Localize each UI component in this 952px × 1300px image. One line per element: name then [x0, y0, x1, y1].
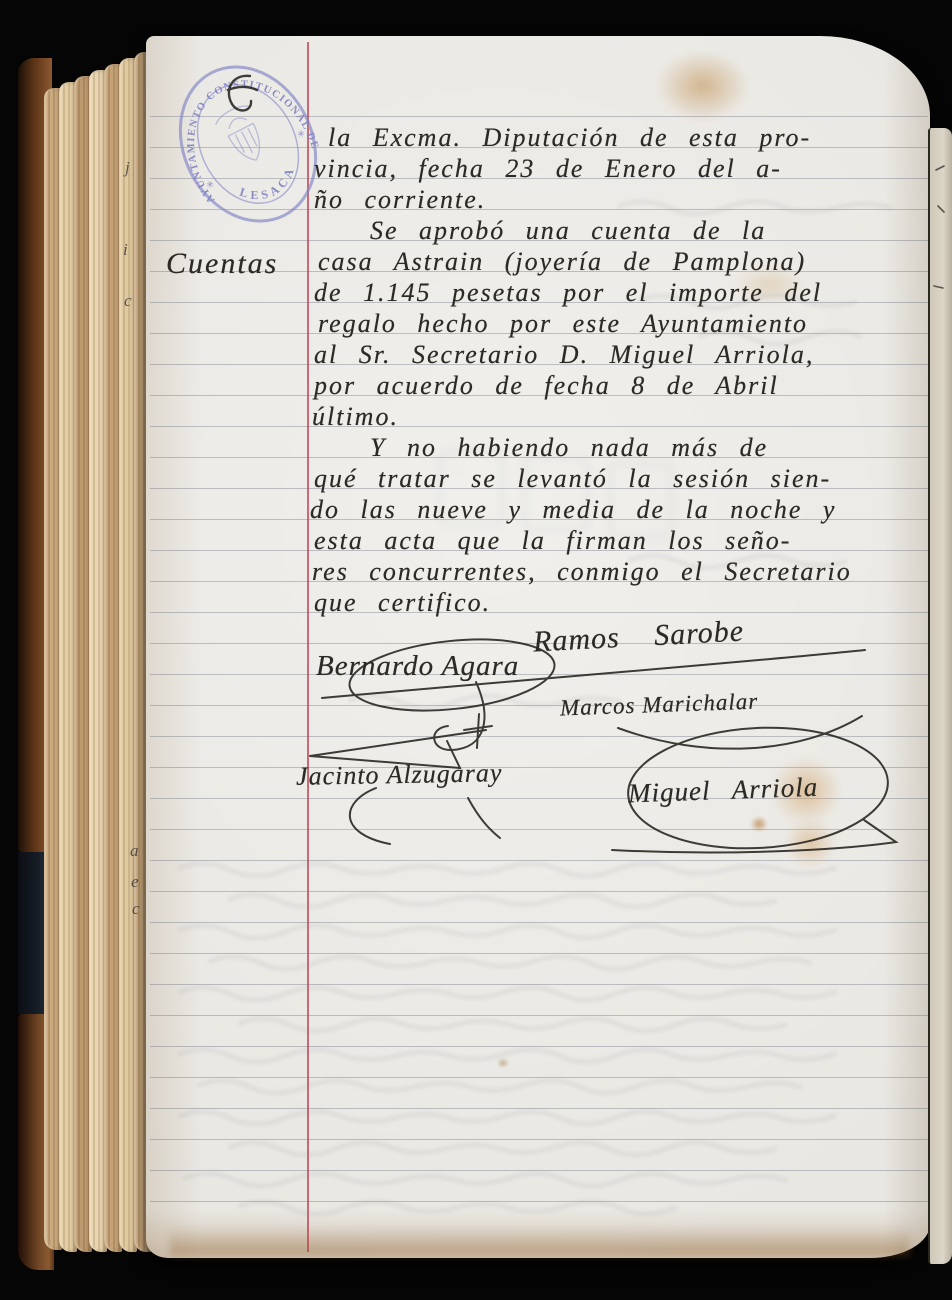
- margin-note-cuentas: Cuentas: [166, 247, 278, 281]
- manuscript-line: esta acta que la firman los seño-: [314, 526, 791, 556]
- manuscript-line: do las nueve y media de la noche y: [310, 495, 836, 525]
- manuscript-line: Se aprobó una cuenta de la: [370, 216, 766, 246]
- flourish-swoosh: [618, 716, 862, 749]
- manuscript-line: ño corriente.: [314, 185, 486, 215]
- flourish-oval: [346, 630, 558, 719]
- manuscript-line: casa Astrain (joyería de Pamplona): [318, 247, 806, 277]
- stamp-bottom-text: LESACA: [233, 159, 305, 214]
- manuscript-line: qué tratar se levantó la sesión sien-: [314, 464, 831, 494]
- manuscript-line: al Sr. Secretario D. Miguel Arriola,: [314, 340, 814, 370]
- manuscript-line: regalo hecho por este Ayuntamiento: [318, 309, 808, 339]
- manuscript-line: vincia, fecha 23 de Enero del a-: [314, 154, 782, 184]
- manuscript-line: res concurrentes, conmigo el Secretario: [312, 557, 852, 587]
- municipal-oval-stamp: AYUNTAMIENTO CONSTITUCIONAL DE LESACA ✳ …: [158, 46, 338, 236]
- manuscript-line: Y no habiendo nada más de: [370, 433, 768, 463]
- signature-flourishes: [280, 598, 950, 888]
- manuscript-line: último.: [312, 402, 399, 432]
- manuscript-line: por acuerdo de fecha 8 de Abril: [314, 371, 779, 401]
- manuscript-line: de 1.145 pesetas por el importe del: [314, 278, 822, 308]
- svg-text:LESACA: LESACA: [233, 159, 305, 214]
- manuscript-line: la Excma. Diputación de esta pro-: [328, 123, 811, 153]
- flourish-underline: [322, 650, 865, 698]
- manuscript-photo: { "stamp": { "arc_text": "AYUNTAMIENTO C…: [0, 0, 952, 1300]
